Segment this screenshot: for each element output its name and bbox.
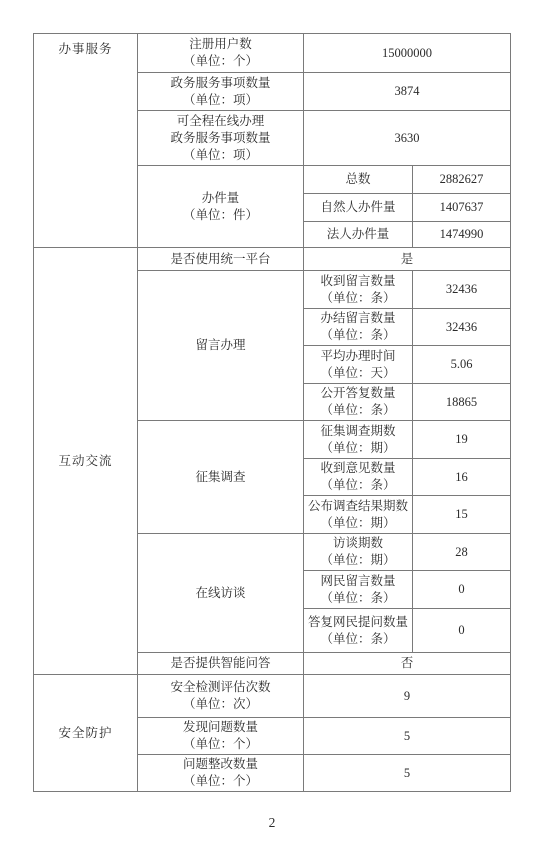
value-cell: 0	[413, 609, 511, 653]
metric-unit: （单位：条）	[306, 631, 410, 648]
section-cell-interactive-exchange: 互动交流	[34, 248, 138, 675]
submetric-label-cell: 网民留言数量 （单位：条）	[304, 571, 413, 609]
metric-unit: （单位：个）	[140, 773, 301, 790]
metric-label-cell: 可全程在线办理 政务服务事项数量 （单位：项）	[138, 111, 304, 166]
value-cell: 16	[413, 459, 511, 496]
metric-name: 征集调查期数	[306, 423, 410, 440]
submetric-label-cell: 平均办理时间 （单位：天）	[304, 346, 413, 384]
submetric-label-cell: 访谈期数 （单位：期）	[304, 534, 413, 571]
metric-label-cell: 发现问题数量 （单位：个）	[138, 718, 304, 755]
submetric-label-cell: 办结留言数量 （单位：条）	[304, 309, 413, 346]
metric-label-cell: 问题整改数量 （单位：个）	[138, 755, 304, 792]
value-cell: 1474990	[413, 222, 511, 248]
metric-name: 公布调查结果期数	[306, 498, 410, 515]
value-cell: 2882627	[413, 166, 511, 194]
section-cell-service-handling: 办事服务	[34, 34, 138, 248]
submetric-label-cell: 收到意见数量 （单位：条）	[304, 459, 413, 496]
value-cell: 15	[413, 496, 511, 534]
metric-unit: （单位：个）	[140, 736, 301, 753]
group-name: 办件量	[140, 190, 301, 207]
metric-unit: （单位：天）	[306, 365, 410, 382]
value-cell: 是	[304, 248, 511, 271]
value-cell: 否	[304, 653, 511, 675]
government-service-report-table: 办事服务 注册用户数 （单位：个） 15000000 政务服务事项数量 （单位：…	[33, 33, 511, 792]
metric-unit: （单位：条）	[306, 327, 410, 344]
metric-name: 访谈期数	[306, 535, 410, 552]
submetric-label-cell: 收到留言数量 （单位：条）	[304, 271, 413, 309]
metric-name-line2: 政务服务事项数量	[140, 130, 301, 147]
value-cell: 5	[304, 755, 511, 792]
value-cell: 3874	[304, 73, 511, 111]
metric-label-cell: 注册用户数 （单位：个）	[138, 34, 304, 73]
metric-name: 注册用户数	[140, 36, 301, 53]
group-label-cell: 在线访谈	[138, 534, 304, 653]
metric-name: 网民留言数量	[306, 573, 410, 590]
metric-unit: （单位：个）	[140, 53, 301, 70]
metric-unit: （单位：项）	[140, 92, 301, 109]
submetric-label-cell: 自然人办件量	[304, 194, 413, 222]
metric-name: 问题整改数量	[140, 756, 301, 773]
value-cell: 28	[413, 534, 511, 571]
value-cell: 0	[413, 571, 511, 609]
page-number: 2	[0, 815, 544, 831]
metric-name: 办结留言数量	[306, 310, 410, 327]
section-cell-security-protection: 安全防护	[34, 675, 138, 792]
metric-label-cell: 政务服务事项数量 （单位：项）	[138, 73, 304, 111]
group-label-cell: 办件量 （单位：件）	[138, 166, 304, 248]
value-cell: 32436	[413, 271, 511, 309]
value-cell: 19	[413, 421, 511, 459]
metric-unit: （单位：条）	[306, 477, 410, 494]
submetric-label-cell: 公布调查结果期数 （单位：期）	[304, 496, 413, 534]
metric-name: 平均办理时间	[306, 348, 410, 365]
value-cell: 5	[304, 718, 511, 755]
value-cell: 1407637	[413, 194, 511, 222]
submetric-label-cell: 答复网民提问数量 （单位：条）	[304, 609, 413, 653]
value-cell: 18865	[413, 384, 511, 421]
metric-label-cell: 是否使用统一平台	[138, 248, 304, 271]
group-label-cell: 征集调查	[138, 421, 304, 534]
metric-unit: （单位：期）	[306, 552, 410, 569]
value-cell: 9	[304, 675, 511, 718]
metric-unit: （单位：期）	[306, 440, 410, 457]
metric-unit: （单位：条）	[306, 590, 410, 607]
metric-label-cell: 是否提供智能问答	[138, 653, 304, 675]
metric-name: 答复网民提问数量	[306, 614, 410, 631]
metric-unit: （单位：项）	[140, 147, 301, 164]
value-cell: 5.06	[413, 346, 511, 384]
metric-unit: （单位：条）	[306, 290, 410, 307]
metric-unit: （单位：期）	[306, 515, 410, 532]
metric-name: 收到意见数量	[306, 460, 410, 477]
group-unit: （单位：件）	[140, 207, 301, 224]
metric-name: 政务服务事项数量	[140, 75, 301, 92]
metric-name: 收到留言数量	[306, 273, 410, 290]
metric-unit: （单位：次）	[140, 696, 301, 713]
metric-name: 发现问题数量	[140, 719, 301, 736]
submetric-label-cell: 总数	[304, 166, 413, 194]
value-cell: 32436	[413, 309, 511, 346]
submetric-label-cell: 法人办件量	[304, 222, 413, 248]
submetric-label-cell: 公开答复数量 （单位：条）	[304, 384, 413, 421]
value-cell: 3630	[304, 111, 511, 166]
submetric-label-cell: 征集调查期数 （单位：期）	[304, 421, 413, 459]
metric-name: 安全检测评估次数	[140, 679, 301, 696]
metric-name: 公开答复数量	[306, 385, 410, 402]
value-cell: 15000000	[304, 34, 511, 73]
document-page: 办事服务 注册用户数 （单位：个） 15000000 政务服务事项数量 （单位：…	[0, 0, 544, 845]
group-label-cell: 留言办理	[138, 271, 304, 421]
metric-name: 可全程在线办理	[140, 113, 301, 130]
metric-label-cell: 安全检测评估次数 （单位：次）	[138, 675, 304, 718]
metric-unit: （单位：条）	[306, 402, 410, 419]
